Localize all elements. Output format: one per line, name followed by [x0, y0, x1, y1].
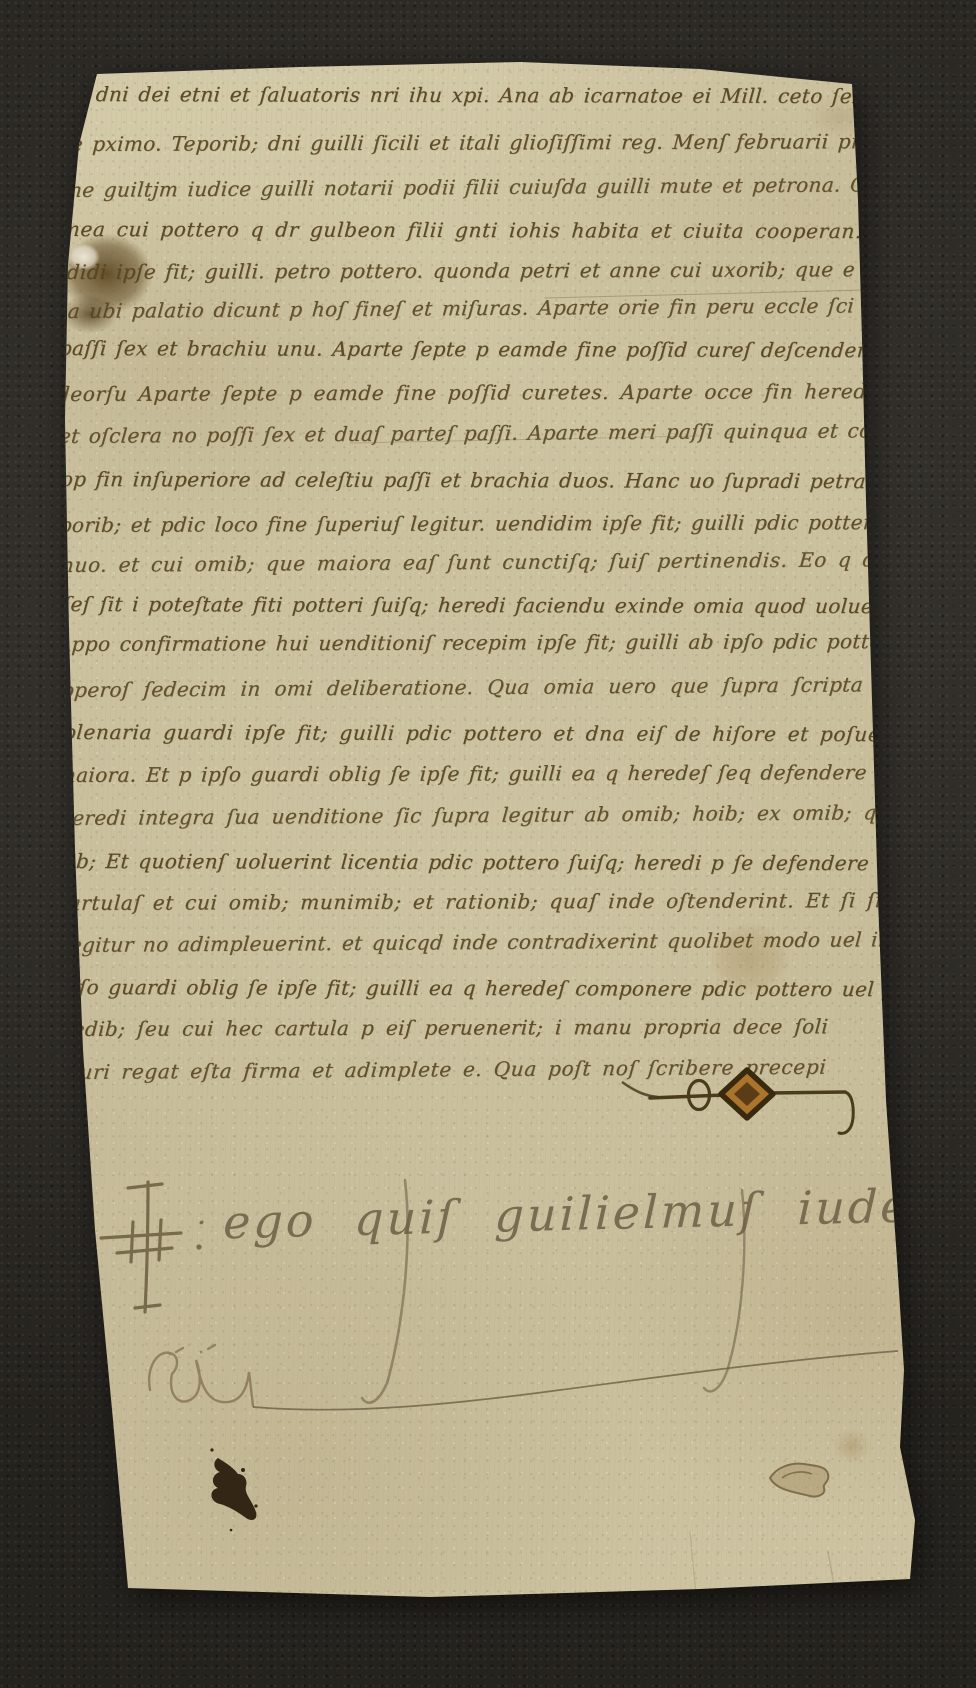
manuscript-line: plenaria guardi ipſe fit; guilli pdic po…	[62, 720, 976, 747]
signature-separator-dot: ·	[196, 1206, 210, 1241]
manuscript-line: ipſo guardi oblig ſe ipſe fit; guilli ea…	[58, 975, 955, 1001]
manuscript-line: paſſi ſex et brachiu unu. Aparte ſepte p…	[58, 336, 976, 362]
manuscript-line: deorſu Aparte ſepte p eamde fine poſſid …	[56, 378, 976, 406]
photograph: Jn dni dei etni et ſaluatoris nri ihu xp…	[0, 0, 976, 1688]
parchment-charter: Jn dni dei etni et ſaluatoris nri ihu xp…	[0, 0, 976, 1688]
manuscript-line: Appo confirmatione hui uenditioniſ recep…	[56, 629, 976, 656]
manuscript-line: auri regat eſta firma et adimplete e. Qu…	[66, 1055, 827, 1084]
manuscript-line: porib; et pdic loco fine ſuperiuſ legitu…	[58, 510, 976, 537]
manuscript-line: nuo. et cui omib; que maiora eaſ ſunt cu…	[60, 546, 976, 577]
manuscript-line: op fin inſuperiore ad celeſtiu paſſi et …	[60, 467, 976, 494]
manuscript-line: mea cui pottero q dr gulbeon filii gnti …	[60, 217, 976, 244]
manuscript-line: me guiltjm iudice guilli notarii podii f…	[62, 171, 976, 202]
manuscript-line: e pximo. Teporib; dni guilli ſicili et i…	[70, 129, 976, 156]
manuscript-line: ia ubi palatio dicunt p hoſ fineſ et miſ…	[60, 293, 965, 323]
manuscript-line: pperoſ ſedecim in omi deliberatione. Qua…	[60, 671, 976, 702]
manuscript-line: legitur no adimpleuerint. et quicqd inde…	[62, 927, 973, 957]
manuscript-line: et oſclera no poſſi ſex et duaſ parteſ p…	[58, 418, 976, 448]
manuscript-line: redib; ſeu cui hec cartula p eiſ peruene…	[62, 1014, 829, 1041]
manuscript-line: cartulaſ et cui omib; munimib; et ration…	[56, 888, 976, 915]
manuscript-line: tib; Et quotienſ uoluerint licentia pdic…	[60, 849, 956, 875]
manuscript-line: didi ipſe fit; guilli. petro pottero. qu…	[66, 257, 976, 284]
manuscript-line: ſeſ ſit i poteſtate fiti potteri ſuiſq; …	[62, 592, 913, 618]
manuscript-line: Jn dni dei etni et ſaluatoris nri ihu xp…	[64, 82, 910, 108]
charter-text-block: Jn dni dei etni et ſaluatoris nri ihu xp…	[0, 0, 976, 1688]
manuscript-line: heredi integra ſua uenditione ſic ſupra …	[58, 800, 932, 830]
parchment-shadow-wrap: Jn dni dei etni et ſaluatoris nri ihu xp…	[0, 0, 976, 1688]
manuscript-line: maiora. Et p ipſo guardi oblig ſe ipſe f…	[56, 759, 976, 787]
